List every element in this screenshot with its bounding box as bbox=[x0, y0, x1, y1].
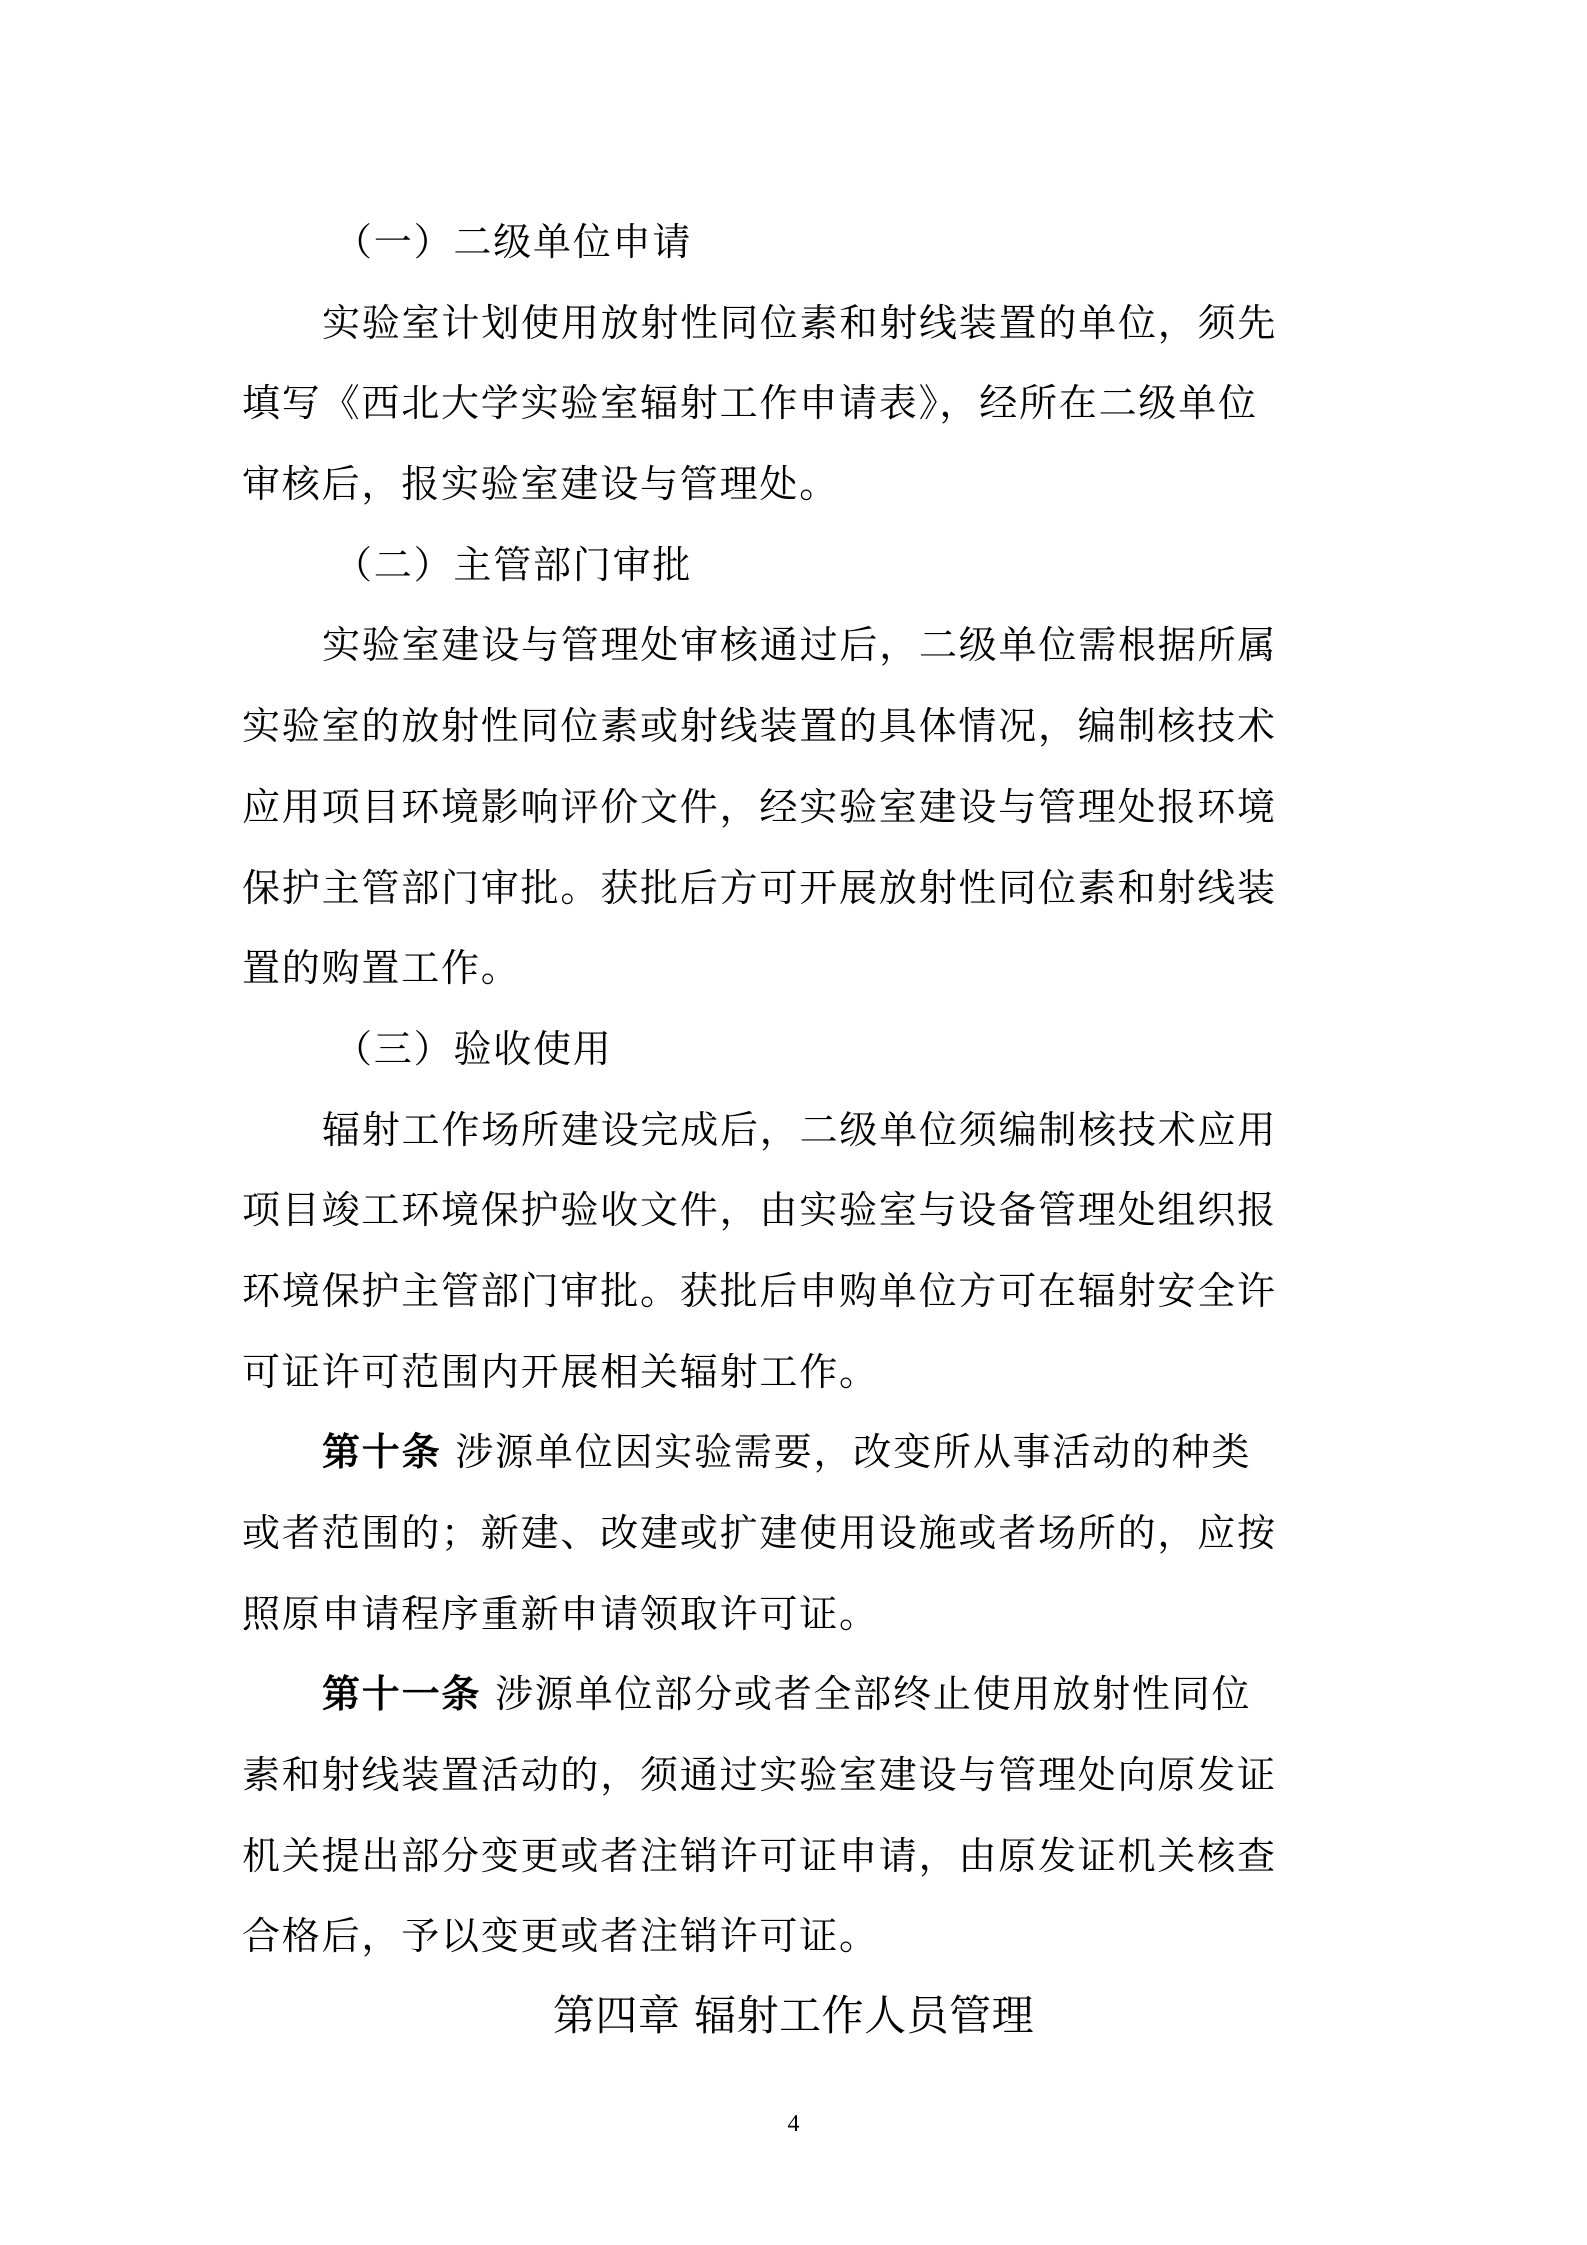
paragraph-line: 填写《西北大学实验室辐射工作申请表》，经所在二级单位 bbox=[242, 363, 1358, 444]
paragraph-line: 实验室计划使用放射性同位素和射线装置的单位，须先 bbox=[242, 283, 1358, 364]
article-first-line: 第十条 涉源单位因实验需要，改变所从事活动的种类 bbox=[242, 1412, 1358, 1493]
article-label: 第十一条 bbox=[322, 1672, 481, 1716]
document-page: （一）二级单位申请 实验室计划使用放射性同位素和射线装置的单位，须先 填写《西北… bbox=[0, 0, 1587, 2245]
paragraph-line: 实验室建设与管理处审核通过后，二级单位需根据所属 bbox=[242, 605, 1358, 686]
paragraph-line: 机关提出部分变更或者注销许可证申请，由原发证机关核查 bbox=[242, 1816, 1358, 1897]
article-label: 第十条 bbox=[322, 1430, 441, 1474]
section-heading: （三）验收使用 bbox=[242, 1009, 1358, 1090]
paragraph-line: 项目竣工环境保护验收文件，由实验室与设备管理处组织报 bbox=[242, 1170, 1358, 1251]
chapter-title: 第四章 辐射工作人员管理 bbox=[0, 1990, 1587, 2042]
paragraph-line: 或者范围的；新建、改建或扩建使用设施或者场所的，应按 bbox=[242, 1493, 1358, 1574]
paragraph-line: 照原申请程序重新申请领取许可证。 bbox=[242, 1574, 1358, 1655]
article-text: 涉源单位因实验需要，改变所从事活动的种类 bbox=[455, 1430, 1251, 1474]
paragraph-line: 实验室的放射性同位素或射线装置的具体情况，编制核技术 bbox=[242, 686, 1358, 767]
paragraph-line: 环境保护主管部门审批。获批后申购单位方可在辐射安全许 bbox=[242, 1251, 1358, 1332]
paragraph-line: 应用项目环境影响评价文件，经实验室建设与管理处报环境 bbox=[242, 767, 1358, 848]
paragraph-line: 可证许可范围内开展相关辐射工作。 bbox=[242, 1332, 1358, 1413]
paragraph-line: 审核后，报实验室建设与管理处。 bbox=[242, 444, 1358, 525]
article-text: 涉源单位部分或者全部终止使用放射性同位 bbox=[495, 1672, 1251, 1716]
page-number: 4 bbox=[0, 2108, 1587, 2140]
paragraph-line: 素和射线装置活动的，须通过实验室建设与管理处向原发证 bbox=[242, 1735, 1358, 1816]
paragraph-line: 辐射工作场所建设完成后，二级单位须编制核技术应用 bbox=[242, 1090, 1358, 1171]
paragraph-line: 合格后，予以变更或者注销许可证。 bbox=[242, 1896, 1358, 1977]
document-body: （一）二级单位申请 实验室计划使用放射性同位素和射线装置的单位，须先 填写《西北… bbox=[242, 202, 1358, 1977]
article-first-line: 第十一条 涉源单位部分或者全部终止使用放射性同位 bbox=[242, 1654, 1358, 1735]
paragraph-line: 置的购置工作。 bbox=[242, 928, 1358, 1009]
section-heading: （一）二级单位申请 bbox=[242, 202, 1358, 283]
paragraph-line: 保护主管部门审批。获批后方可开展放射性同位素和射线装 bbox=[242, 848, 1358, 929]
section-heading: （二）主管部门审批 bbox=[242, 525, 1358, 606]
